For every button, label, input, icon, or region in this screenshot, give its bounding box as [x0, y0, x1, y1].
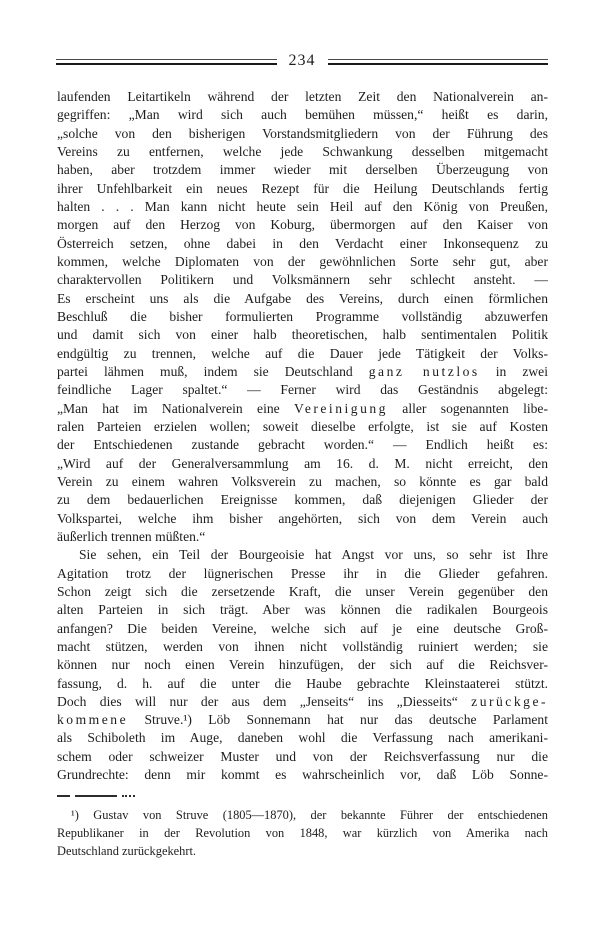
text-line: können nur noch einen Verein hinzufügen,… — [57, 656, 548, 674]
text-line: Vereins zu entfernen, welche jede Schwan… — [57, 143, 548, 161]
footnote-line: Deutschland zurückgekehrt. — [57, 842, 548, 860]
text-line: „Man hat im Nationalverein eine Vereinig… — [57, 400, 548, 418]
text-line: ihrer Unfehlbarkeit ein neues Rezept für… — [57, 180, 548, 198]
text-line: morgen auf den Herzog von Koburg, übermo… — [57, 216, 548, 234]
body-text: laufenden Leitartikeln während der letzt… — [57, 88, 548, 784]
letterspaced-emphasis: kommene — [57, 712, 128, 727]
running-head: 234 — [56, 53, 548, 71]
text-line: Volkspartei, welche ihm bisher angehörte… — [57, 510, 548, 528]
text-line: „solche von den bisherigen Vorstandsmitg… — [57, 125, 548, 143]
paragraph: laufenden Leitartikeln während der letzt… — [57, 88, 548, 546]
letterspaced-emphasis: ganz nutzlos — [369, 364, 480, 379]
text-line: Sie sehen, ein Teil der Bourgeoisie hat … — [57, 546, 548, 564]
text-line: Doch dies will nur der aus dem „Jenseits… — [57, 693, 548, 711]
text-line: zu dem bedauerlichen Ereignisse kommen, … — [57, 491, 548, 509]
text-line: Beschluß die bisher formulierten Program… — [57, 308, 548, 326]
text-line: und damit sich von einer halb theoretisc… — [57, 326, 548, 344]
text-line: Agitation trotz der lügnerischen Presse … — [57, 565, 548, 583]
text-line: Verein zu einem wahren Volksverein zu ma… — [57, 473, 548, 491]
text-line: kommen, welche Diplomaten von der gewöhn… — [57, 253, 548, 271]
page-number: 234 — [277, 52, 328, 70]
letterspaced-emphasis: Vereinigung — [294, 401, 388, 416]
separator-dash-short — [57, 795, 70, 797]
footnote-line: Republikaner in der Revolution von 1848,… — [57, 824, 548, 842]
head-rule-left — [56, 59, 277, 65]
separator-dots — [122, 795, 135, 797]
text-line: schem oder schweizer Muster und von der … — [57, 748, 548, 766]
text-line: fassung, d. h. auf die unter die Haube g… — [57, 675, 548, 693]
text-line: kommene Struve.¹) Löb Sonnemann hat nur … — [57, 711, 548, 729]
separator-dash-long — [75, 795, 117, 797]
text-line: Schon zeigt sich die zersetzende Kraft, … — [57, 583, 548, 601]
paragraph: Sie sehen, ein Teil der Bourgeoisie hat … — [57, 546, 548, 784]
text-line: Österreich setzen, ohne dabei in den Ver… — [57, 235, 548, 253]
text-line: alten Parteien in sich trägt. Aber was k… — [57, 601, 548, 619]
book-page: 234 laufenden Leitartikeln während der l… — [0, 0, 600, 936]
text-line: laufenden Leitartikeln während der letzt… — [57, 88, 548, 106]
text-line: ralen Parteien erzielen wollen; soweit d… — [57, 418, 548, 436]
text-line: macht stützen, werden von ihnen nicht vo… — [57, 638, 548, 656]
head-rule-right — [328, 59, 549, 65]
text-line: „Wird auf der Generalversammlung am 16. … — [57, 455, 548, 473]
text-line: anfangen? Die beiden Vereine, welche sic… — [57, 620, 548, 638]
text-line: haben, aber trotzdem immer wieder mit de… — [57, 161, 548, 179]
text-line: partei lähmen muß, indem sie Deutschland… — [57, 363, 548, 381]
footnote-line: ¹) Gustav von Struve (1805—1870), der be… — [57, 806, 548, 824]
footnote: ¹) Gustav von Struve (1805—1870), der be… — [57, 806, 548, 860]
text-line: gegriffen: „Man wird sich auch bemühen m… — [57, 106, 548, 124]
text-line: endgültig zu trennen, welche auf die Dau… — [57, 345, 548, 363]
text-line: feindliche Lager spaltet.“ — Ferner wird… — [57, 381, 548, 399]
text-line: äußerlich trennen müßten.“ — [57, 528, 548, 546]
text-line: als Schiboleth im Auge, daneben wohl die… — [57, 729, 548, 747]
footnote-separator — [57, 794, 135, 797]
text-line: der Entschiedenen zustande gebracht word… — [57, 436, 548, 454]
text-line: Es erscheint uns als die Aufgabe des Ver… — [57, 290, 548, 308]
text-line: Grundrechte: denn mir kommt es wahrschei… — [57, 766, 548, 784]
text-line: halten . . . Man kann nicht heute sein H… — [57, 198, 548, 216]
letterspaced-emphasis: zurückge- — [471, 694, 548, 709]
text-line: charaktervollen Politikern und Volksmänn… — [57, 271, 548, 289]
